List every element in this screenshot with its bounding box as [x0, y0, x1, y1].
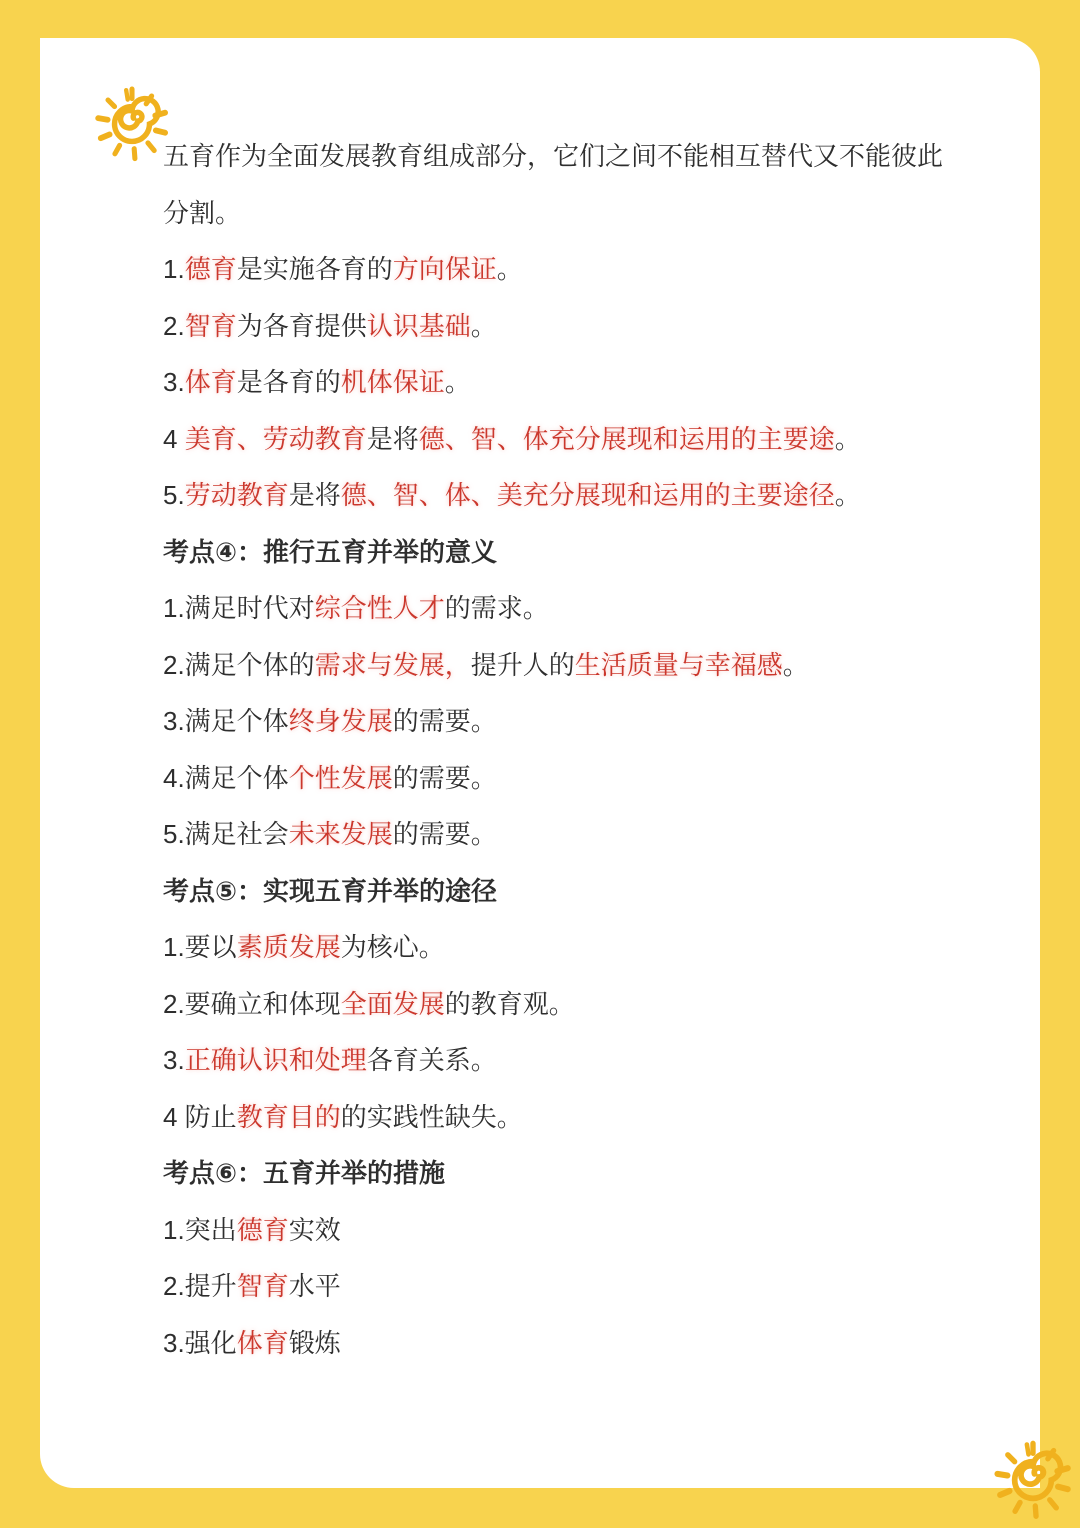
paragraph: 4 防止教育目的的实践性缺失。 — [163, 1089, 955, 1146]
highlight-text: 德育 — [237, 1215, 289, 1245]
highlight-text: 终身发展 — [289, 706, 393, 736]
highlight-text: 正确认识和处理 — [185, 1045, 367, 1075]
paragraph: 1.要以素质发展为核心。 — [163, 919, 955, 976]
body-text: 的需求。 — [445, 593, 549, 623]
body-text: 5. — [163, 480, 185, 510]
highlight-text: 体育 — [237, 1328, 289, 1358]
highlight-text: 劳动教育 — [185, 480, 289, 510]
body-text: 4 防止 — [163, 1102, 237, 1132]
body-text: 。 — [497, 254, 523, 284]
highlight-text: 生活质量与幸福感 — [575, 650, 783, 680]
body-text: 2.提升 — [163, 1271, 237, 1301]
content: 五育作为全面发展教育组成部分，它们之间不能相互替代又不能彼此分割。1.德育是实施… — [163, 128, 955, 1371]
body-text: 。 — [783, 650, 809, 680]
paragraph: 3.正确认识和处理各育关系。 — [163, 1032, 955, 1089]
paragraph: 5.劳动教育是将德、智、体、美充分展现和运用的主要途径。 — [163, 467, 955, 524]
body-text: 各育关系。 — [367, 1045, 497, 1075]
body-text: 提升人的 — [471, 650, 575, 680]
highlight-text: 体育 — [185, 367, 237, 397]
body-text: 五育作为全面发展教育组成部分，它们之间不能相互替代又不能彼此分割。 — [163, 141, 943, 228]
highlight-text: 个性发展 — [289, 763, 393, 793]
body-text: 考点⑥：五育并举的措施 — [163, 1158, 445, 1188]
paragraph: 3.强化体育锻炼 — [163, 1315, 955, 1372]
paragraph: 4.满足个体个性发展的需要。 — [163, 750, 955, 807]
body-text: 的实践性缺失。 — [341, 1102, 523, 1132]
body-text: 为各育提供 — [237, 311, 367, 341]
body-text: 5.满足社会 — [163, 819, 289, 849]
content-card: 五育作为全面发展教育组成部分，它们之间不能相互替代又不能彼此分割。1.德育是实施… — [40, 38, 1040, 1488]
paragraph: 2.提升智育水平 — [163, 1258, 955, 1315]
body-text: 1.要以 — [163, 932, 237, 962]
highlight-text: 机体保证 — [341, 367, 445, 397]
highlight-text: 全面发展 — [341, 989, 445, 1019]
body-text: 锻炼 — [289, 1328, 341, 1358]
paragraph: 1.德育是实施各育的方向保证。 — [163, 241, 955, 298]
body-text: 的需要。 — [393, 706, 497, 736]
highlight-text: 需求与发展， — [315, 650, 471, 680]
body-text: 是各育的 — [237, 367, 341, 397]
body-text: 。 — [445, 367, 471, 397]
body-text: 实效 — [289, 1215, 341, 1245]
section-heading: 考点⑤：实现五育并举的途径 — [163, 863, 955, 920]
body-text: 2.要确立和体现 — [163, 989, 341, 1019]
section-heading: 考点④：推行五育并举的意义 — [163, 524, 955, 581]
body-text: 的需要。 — [393, 819, 497, 849]
body-text: 4.满足个体 — [163, 763, 289, 793]
paragraph: 2.要确立和体现全面发展的教育观。 — [163, 976, 955, 1033]
paragraph: 2.满足个体的需求与发展，提升人的生活质量与幸福感。 — [163, 637, 955, 694]
highlight-text: 综合性人才 — [315, 593, 445, 623]
page-background: 五育作为全面发展教育组成部分，它们之间不能相互替代又不能彼此分割。1.德育是实施… — [0, 0, 1080, 1528]
section-heading: 考点⑥：五育并举的措施 — [163, 1145, 955, 1202]
body-text: 3. — [163, 1045, 185, 1075]
highlight-text: 德、智、体、美充分展现和运用的主要途径 — [341, 480, 835, 510]
body-text: 3. — [163, 367, 185, 397]
body-text: 水平 — [289, 1271, 341, 1301]
paragraph: 五育作为全面发展教育组成部分，它们之间不能相互替代又不能彼此分割。 — [163, 128, 955, 241]
body-text: 考点④：推行五育并举的意义 — [163, 537, 497, 567]
body-text: 2.满足个体的 — [163, 650, 315, 680]
highlight-text: 素质发展 — [237, 932, 341, 962]
body-text: 。 — [835, 480, 861, 510]
body-text: 为核心。 — [341, 932, 445, 962]
body-text: 考点⑤：实现五育并举的途径 — [163, 876, 497, 906]
body-text: 。 — [471, 311, 497, 341]
sun-icon — [92, 84, 172, 164]
body-text: 1. — [163, 254, 185, 284]
body-text: 是实施各育的 — [237, 254, 393, 284]
paragraph: 1.突出德育实效 — [163, 1202, 955, 1259]
highlight-text: 未来发展 — [289, 819, 393, 849]
paragraph: 3.体育是各育的机体保证。 — [163, 354, 955, 411]
highlight-text: 德育 — [185, 254, 237, 284]
body-text: 是将 — [367, 424, 419, 454]
paragraph: 5.满足社会未来发展的需要。 — [163, 806, 955, 863]
highlight-text: 智育 — [237, 1271, 289, 1301]
body-text: 1.满足时代对 — [163, 593, 315, 623]
body-text: 2. — [163, 311, 185, 341]
body-text: 3.强化 — [163, 1328, 237, 1358]
body-text: 的教育观。 — [445, 989, 575, 1019]
body-text: 的需要。 — [393, 763, 497, 793]
highlight-text: 德、智、体充分展现和运用的主要途 — [419, 424, 835, 454]
sun-icon — [991, 1438, 1075, 1522]
paragraph: 3.满足个体终身发展的需要。 — [163, 693, 955, 750]
highlight-text: 教育目的 — [237, 1102, 341, 1132]
paragraph: 1.满足时代对综合性人才的需求。 — [163, 580, 955, 637]
body-text: 是将 — [289, 480, 341, 510]
body-text: 4 — [163, 424, 185, 454]
highlight-text: 方向保证 — [393, 254, 497, 284]
highlight-text: 美育、劳动教育 — [185, 424, 367, 454]
body-text: 3.满足个体 — [163, 706, 289, 736]
paragraph: 4 美育、劳动教育是将德、智、体充分展现和运用的主要途。 — [163, 411, 955, 468]
body-text: 。 — [835, 424, 861, 454]
body-text: 1.突出 — [163, 1215, 237, 1245]
highlight-text: 认识基础 — [367, 311, 471, 341]
paragraph: 2.智育为各育提供认识基础。 — [163, 298, 955, 355]
highlight-text: 智育 — [185, 311, 237, 341]
